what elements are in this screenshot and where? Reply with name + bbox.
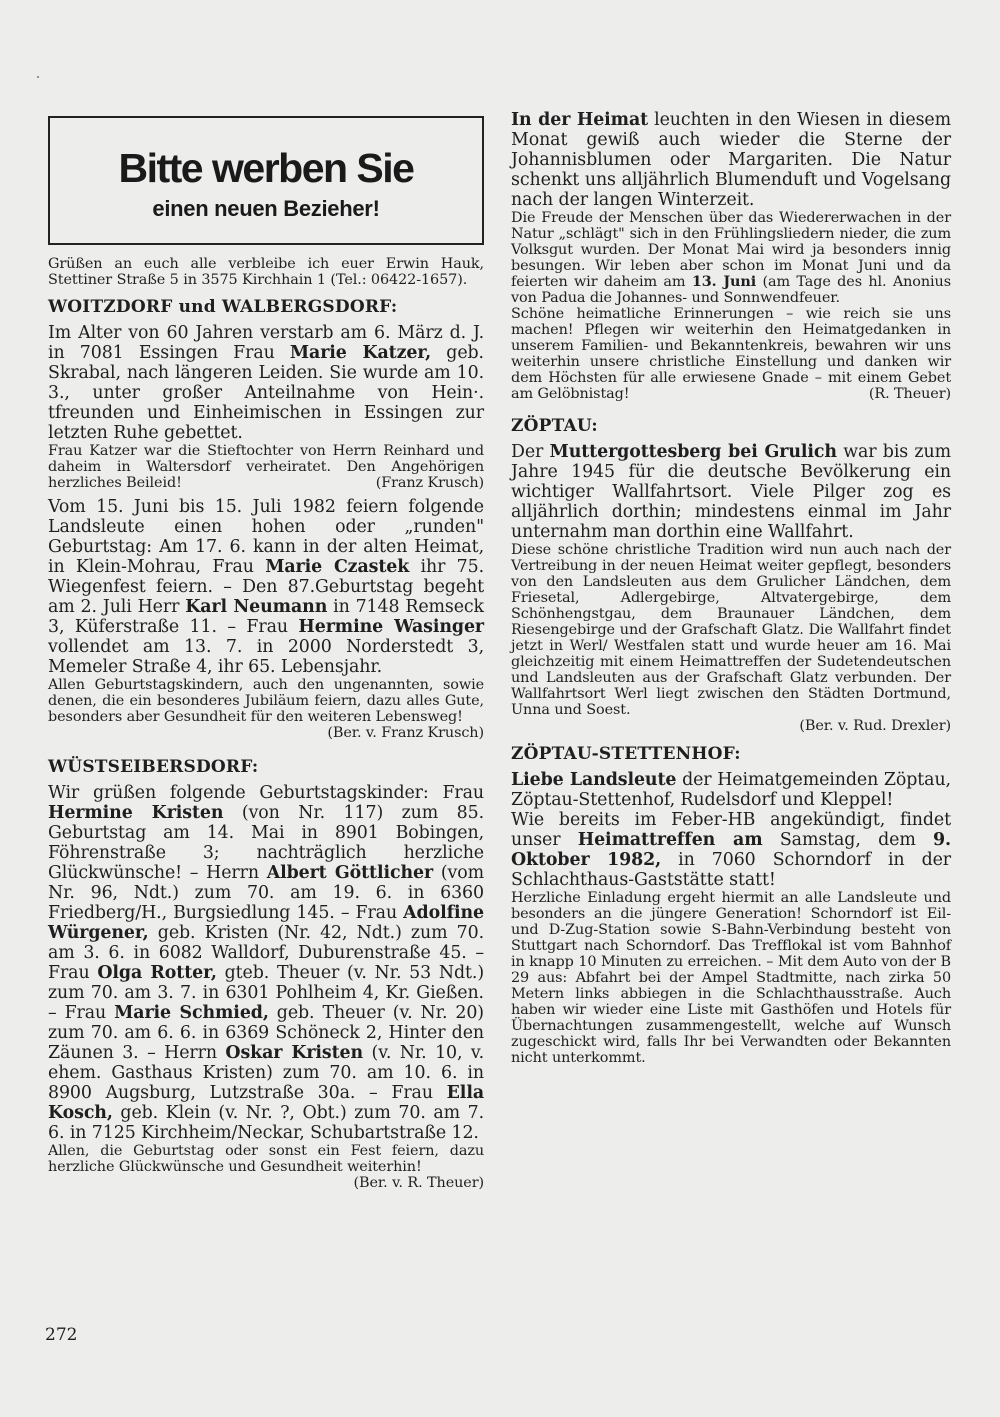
person-name: Olga Rotter,	[97, 963, 217, 983]
text-run: Der	[511, 442, 550, 462]
event-highlight: Heimattreffen am	[578, 830, 763, 850]
lead-in: Liebe Landsleute	[511, 770, 676, 790]
text-run: Wir grüßen folgende Geburtstagskinder: F…	[48, 783, 484, 803]
person-name: Karl Neumann	[185, 597, 327, 617]
stettenhof-details: Herzliche Einladung ergeht hiermit an al…	[511, 890, 951, 1066]
person-name: Marie Czastek	[265, 557, 409, 577]
signature: (Ber. v. Rud. Drexler)	[799, 718, 951, 734]
heimat-closing: Schöne heimatliche Erinnerungen – wie re…	[511, 306, 951, 402]
paper-speck	[37, 76, 39, 78]
signature: (R. Theuer)	[869, 386, 951, 402]
woitzdorf-birthdays: Vom 15. Juni bis 15. Juli 1982 feiern fo…	[48, 497, 484, 677]
signature: (Franz Krusch)	[376, 475, 484, 491]
section-heading-wuestseibersdorf: WÜSTSEIBERSDORF:	[48, 757, 484, 777]
right-column: In der Heimat leuchten in den Wiesen in …	[511, 110, 951, 1066]
wuestseibersdorf-birthdays: Wir grüßen folgende Geburtstagskinder: F…	[48, 783, 484, 1143]
place-name: Muttergottesberg bei Grulich	[550, 442, 837, 462]
text-run: Allen, die Geburtstag oder sonst ein Fes…	[48, 1143, 484, 1175]
woitzdorf-wishes: Allen Geburtstagskindern, auch den ungen…	[48, 677, 484, 741]
person-name: Marie Schmied,	[114, 1003, 269, 1023]
woitzdorf-obituary: Im Alter von 60 Jahren verstarb am 6. Mä…	[48, 323, 484, 443]
heimat-paragraph: Die Freude der Menschen über das Wiedere…	[511, 210, 951, 306]
lead-in: In der Heimat	[511, 110, 648, 130]
signature: (Ber. v. R. Theuer)	[354, 1175, 484, 1191]
text-run: geb. Klein (v. Nr. ?, Obt.) zum 70. am 7…	[48, 1103, 484, 1143]
person-name: Hermine Kristen	[48, 803, 223, 823]
stettenhof-greeting: Liebe Landsleute der Heimatgemeinden Zöp…	[511, 770, 951, 810]
section-heading-zoeptau: ZÖPTAU:	[511, 416, 951, 436]
zoeptau-signature-line: (Ber. v. Rud. Drexler)	[511, 718, 951, 734]
date-highlight: 13. Juni	[692, 273, 756, 290]
stettenhof-announcement: Wie bereits im Feber-HB angekündigt, fin…	[511, 810, 951, 890]
section-heading-zoeptau-stettenhof: ZÖPTAU-STETTENHOF:	[511, 744, 951, 764]
person-name: Albert Göttlicher	[267, 863, 433, 883]
wuestseibersdorf-wishes: Allen, die Geburtstag oder sonst ein Fes…	[48, 1143, 484, 1191]
zoeptau-paragraph: Diese schöne christliche Tradition wird …	[511, 542, 951, 718]
heimat-intro: In der Heimat leuchten in den Wiesen in …	[511, 110, 951, 210]
person-name: Oskar Kristen	[225, 1043, 363, 1063]
text-run: Allen Geburtstagskindern, auch den ungen…	[48, 677, 484, 725]
section-heading-woitzdorf: WOITZDORF und WALBERGSDORF:	[48, 297, 484, 317]
text-run: Samstag, dem	[763, 830, 934, 850]
signature: (Ber. v. Franz Krusch)	[327, 725, 484, 741]
person-name: Hermine Wasinger	[298, 617, 484, 637]
promo-box: Bitte werben Sie einen neuen Bezieher!	[48, 116, 484, 245]
left-column: Bitte werben Sie einen neuen Bezieher! G…	[48, 116, 484, 1191]
page-number: 272	[45, 1325, 77, 1345]
text-run: vollendet am 13. 7. in 2000 Norderstedt …	[48, 637, 484, 677]
person-name: Marie Katzer,	[290, 343, 431, 363]
woitzdorf-note: Frau Katzer war die Stieftochter von Her…	[48, 443, 484, 491]
intro-paragraph: Grüßen an euch alle verbleibe ich euer E…	[48, 256, 484, 288]
promo-title: Bitte werben Sie	[50, 146, 482, 190]
zoeptau-intro: Der Muttergottesberg bei Grulich war bis…	[511, 442, 951, 542]
promo-subtitle: einen neuen Bezieher!	[50, 196, 482, 222]
